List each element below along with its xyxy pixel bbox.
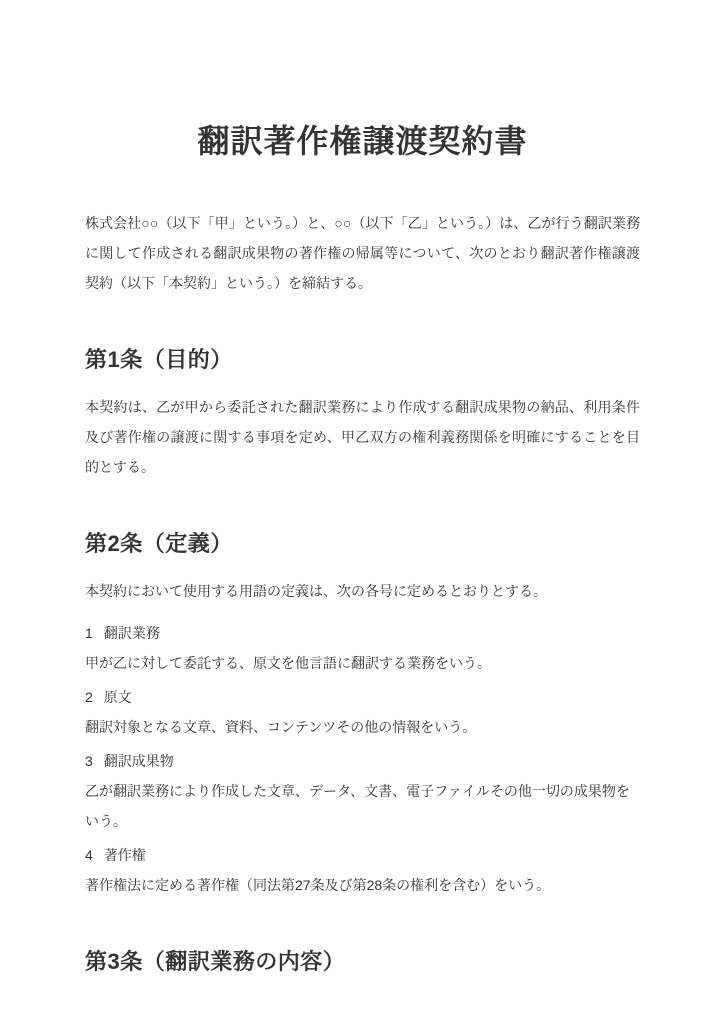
article-1-body: 本契約は、乙が甲から委託された翻訳業務により作成する翻訳成果物の納品、利用条件及… — [85, 392, 640, 482]
definition-term-line: 4著作権 — [85, 840, 640, 870]
article-3-section: 第3条（翻訳業務の内容） — [85, 945, 640, 978]
definition-term: 翻訳成果物 — [104, 753, 174, 769]
article-2-heading: 第2条（定義） — [85, 527, 640, 560]
definition-term: 翻訳業務 — [104, 625, 160, 641]
article-2-body: 本契約において使用する用語の定義は、次の各号に定めるとおりとする。 — [85, 576, 640, 606]
definition-term-line: 2原文 — [85, 682, 640, 712]
intro-paragraph: 株式会社○○（以下「甲」という。）と、○○（以下「乙」という。）は、乙が行う翻訳… — [85, 208, 640, 298]
definition-item-2: 2原文 翻訳対象となる文章、資料、コンテンツその他の情報をいう。 — [85, 682, 640, 742]
article-1-section: 第1条（目的） 本契約は、乙が甲から委託された翻訳業務により作成する翻訳成果物の… — [85, 343, 640, 482]
article-2-section: 第2条（定義） 本契約において使用する用語の定義は、次の各号に定めるとおりとする… — [85, 527, 640, 900]
definition-description: 甲が乙に対して委託する、原文を他言語に翻訳する業務をいう。 — [85, 648, 640, 678]
definition-number: 2 — [85, 682, 93, 712]
document-title: 翻訳著作権譲渡契約書 — [85, 120, 640, 162]
definition-item-4: 4著作権 著作権法に定める著作権（同法第27条及び第28条の権利を含む）をいう。 — [85, 840, 640, 900]
definition-term-line: 3翻訳成果物 — [85, 746, 640, 776]
definition-term: 原文 — [104, 689, 132, 705]
definition-number: 4 — [85, 840, 93, 870]
definition-term-line: 1翻訳業務 — [85, 618, 640, 648]
document-page: 翻訳著作権譲渡契約書 株式会社○○（以下「甲」という。）と、○○（以下「乙」とい… — [0, 0, 724, 1024]
definition-description: 翻訳対象となる文章、資料、コンテンツその他の情報をいう。 — [85, 712, 640, 742]
article-3-heading: 第3条（翻訳業務の内容） — [85, 945, 640, 978]
definition-item-3: 3翻訳成果物 乙が翻訳業務により作成した文章、データ、文書、電子ファイルその他一… — [85, 746, 640, 836]
definition-term: 著作権 — [104, 847, 146, 863]
definition-number: 1 — [85, 618, 93, 648]
definition-description: 著作権法に定める著作権（同法第27条及び第28条の権利を含む）をいう。 — [85, 870, 640, 900]
definition-item-1: 1翻訳業務 甲が乙に対して委託する、原文を他言語に翻訳する業務をいう。 — [85, 618, 640, 678]
article-1-heading: 第1条（目的） — [85, 343, 640, 376]
definition-number: 3 — [85, 746, 93, 776]
definition-description: 乙が翻訳業務により作成した文章、データ、文書、電子ファイルその他一切の成果物をい… — [85, 776, 640, 836]
definitions-list: 1翻訳業務 甲が乙に対して委託する、原文を他言語に翻訳する業務をいう。 2原文 … — [85, 618, 640, 900]
